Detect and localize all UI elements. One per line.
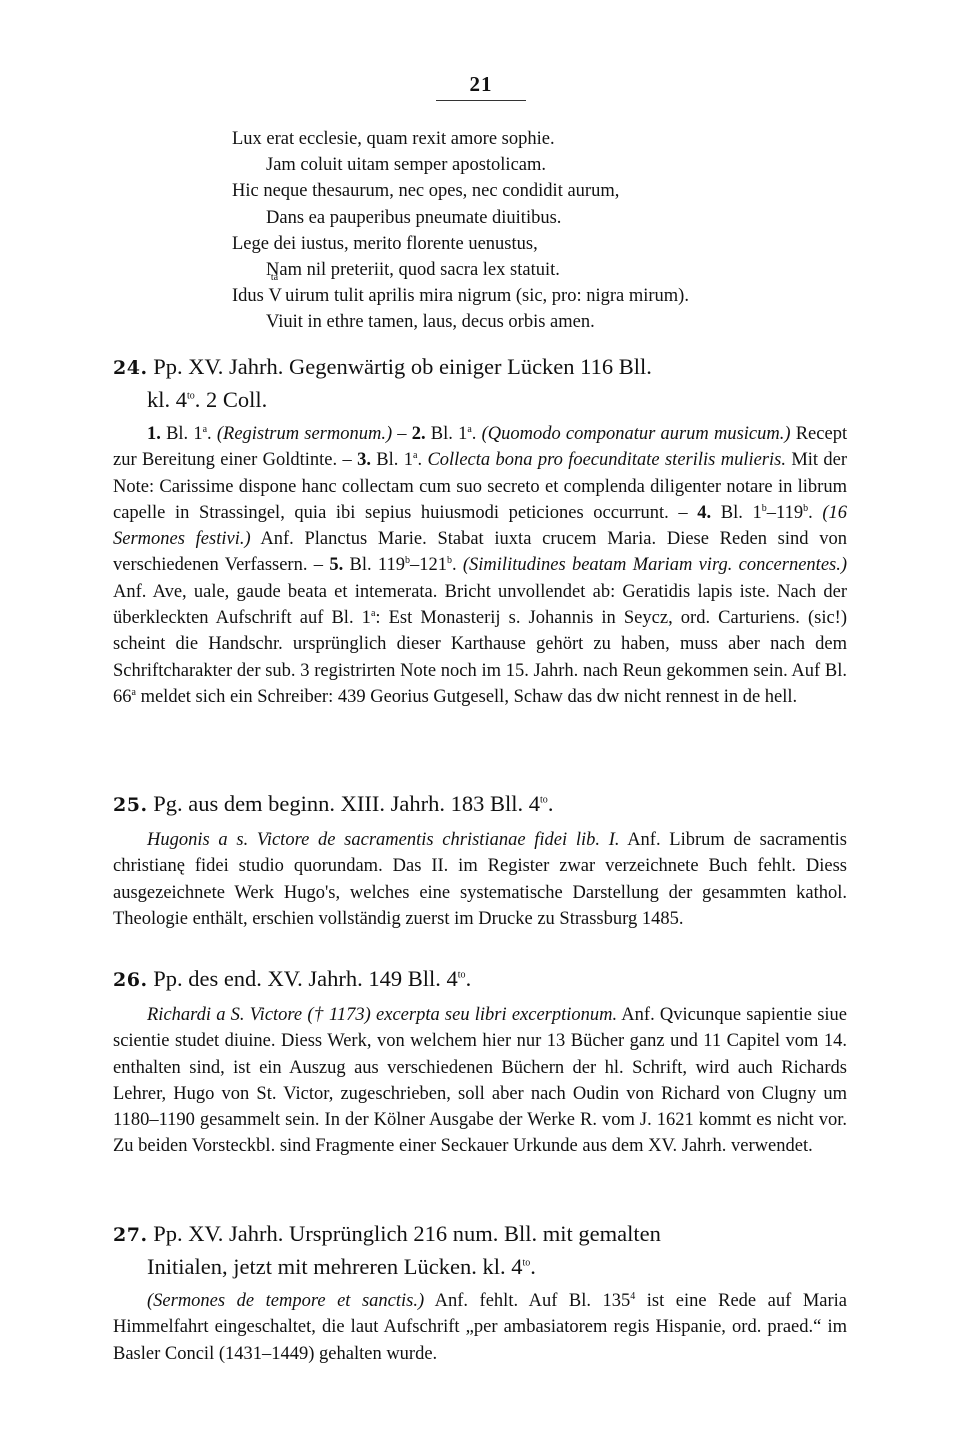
entry-number: 27. — [113, 1224, 148, 1246]
poem-text: uirum tulit aprilis mira nigrum (sic, pr… — [281, 286, 689, 306]
entry-heading: 26. Pp. des end. XV. Jahrh. 149 Bll. 4to… — [113, 963, 847, 996]
poem-line: Jam coluit uitam semper apostolicam. — [232, 152, 862, 178]
poem-line: Viuit in ethre tamen, laus, decus orbis … — [232, 309, 862, 335]
poem-block: Lux erat ecclesie, quam rexit amore soph… — [232, 126, 862, 336]
entry-description: 1. Bl. 1a. (Registrum sermonum.) – 2. Bl… — [113, 421, 847, 710]
poem-line: Dans ea pauperibus pneumate diuitibus. — [232, 205, 862, 231]
entry-description: (Sermones de tempore et sanctis.) Anf. f… — [113, 1288, 847, 1367]
entry-heading: 27. Pp. XV. Jahrh. Ursprünglich 216 num.… — [113, 1218, 847, 1282]
page-number: 21 — [436, 72, 526, 97]
entry-description: Richardi a S. Victore († 1173) excerpta … — [113, 1002, 847, 1160]
entry-heading: 24. Pp. XV. Jahrh. Gegenwärtig ob einige… — [113, 351, 847, 415]
entry-27: 27. Pp. XV. Jahrh. Ursprünglich 216 num.… — [113, 1218, 847, 1367]
poem-line: Idus taV uirum tulit aprilis mira nigrum… — [232, 283, 862, 309]
entry-heading: 25. Pg. aus dem beginn. XIII. Jahrh. 183… — [113, 788, 847, 821]
poem-line: Nam nil preteriit, quod sacra lex statui… — [232, 257, 862, 283]
entry-description: Hugonis a s. Victore de sacramentis chri… — [113, 827, 847, 932]
entry-number: 24. — [113, 357, 148, 379]
page-number-rule — [436, 100, 526, 101]
entry-25: 25. Pg. aus dem beginn. XIII. Jahrh. 183… — [113, 788, 847, 932]
entry-number: 25. — [113, 794, 148, 816]
entry-26: 26. Pp. des end. XV. Jahrh. 149 Bll. 4to… — [113, 963, 847, 1160]
poem-line: Hic neque thesaurum, nec opes, nec condi… — [232, 178, 862, 204]
poem-line: Lege dei iustus, merito florente uenustu… — [232, 231, 862, 257]
abbreviation-mark: taV — [269, 283, 281, 309]
entry-number: 26. — [113, 969, 148, 991]
poem-text: Idus — [232, 286, 269, 306]
entry-24: 24. Pp. XV. Jahrh. Gegenwärtig ob einige… — [113, 351, 847, 710]
poem-line: Lux erat ecclesie, quam rexit amore soph… — [232, 126, 862, 152]
